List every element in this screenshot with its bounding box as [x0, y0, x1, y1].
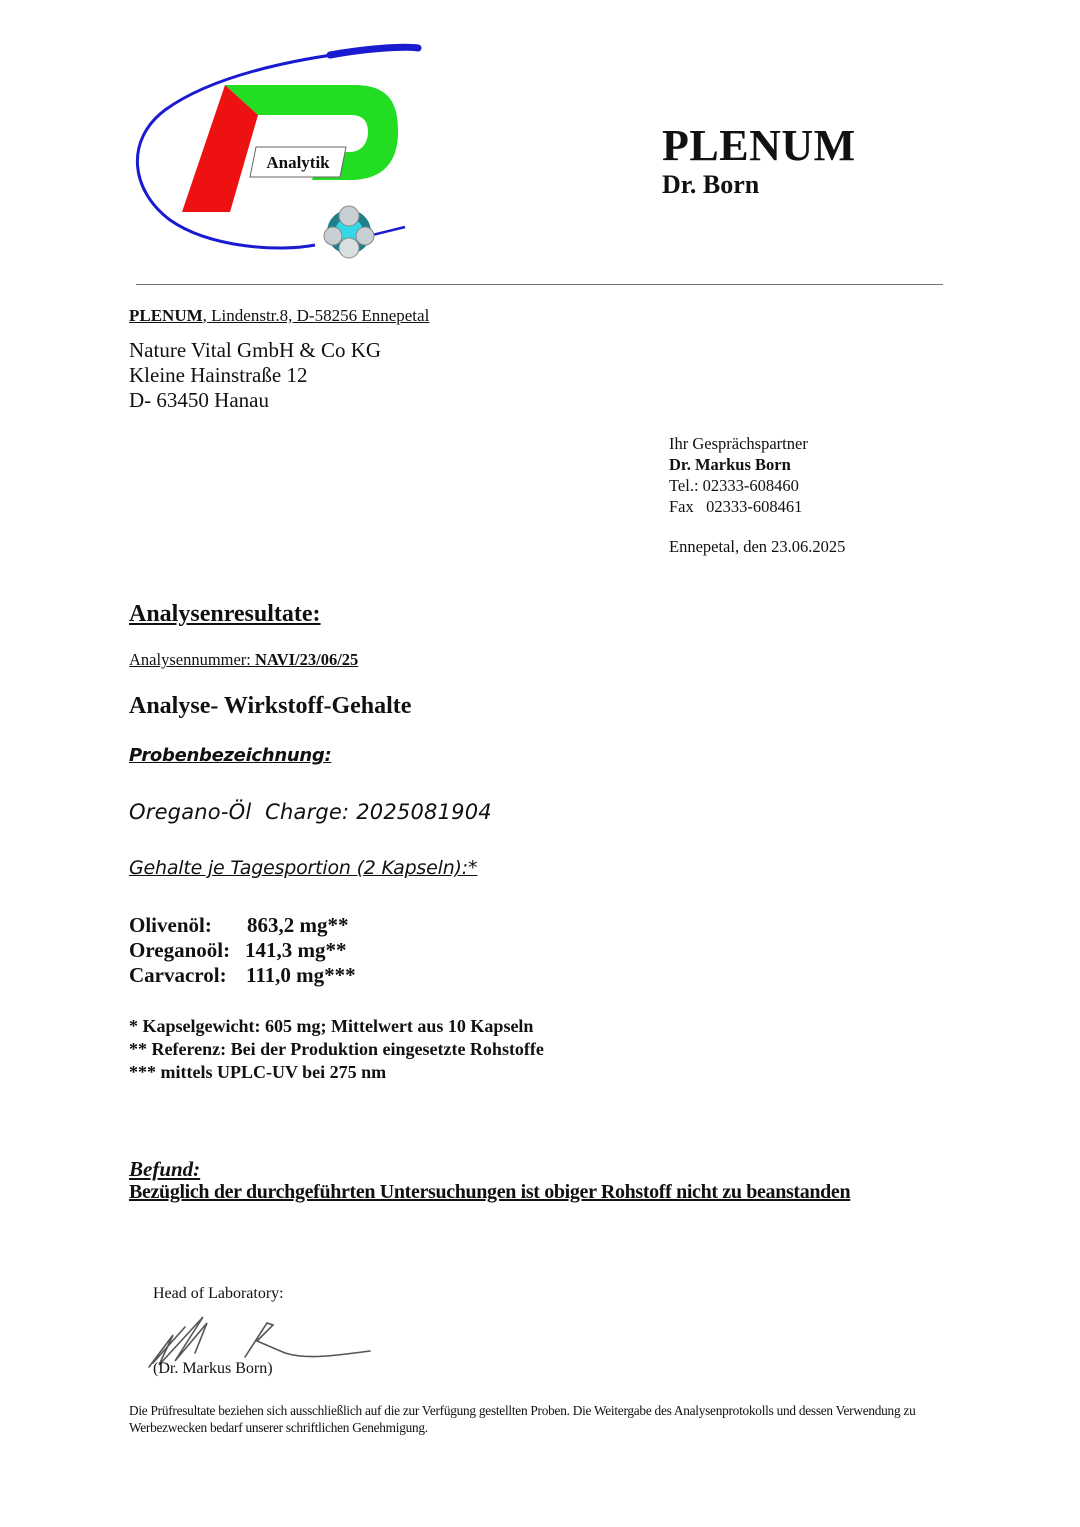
sender-company: PLENUM	[129, 306, 203, 325]
analysis-subheading: Analyse- Wirkstoff-Gehalte	[129, 693, 411, 720]
analysis-number-value: NAVI/23/06/25	[255, 650, 358, 669]
recipient-company: Nature Vital GmbH & Co KG	[129, 338, 381, 363]
analysis-number-label: Analysennummer:	[129, 650, 255, 669]
content-row: Olivenöl: 863,2 mg**	[129, 913, 356, 938]
fax-label: Fax	[669, 497, 694, 516]
sender-street: , Lindenstr.8, D-58256 Ennepetal	[203, 306, 430, 325]
plenum-analytik-logo: Analytik	[130, 40, 430, 265]
contact-phone: Tel.: 02333-608460	[669, 475, 808, 496]
content-row: Oreganoöl: 141,3 mg**	[129, 938, 356, 963]
content-name: Carvacrol:	[129, 963, 245, 988]
analysis-number: Analysennummer: NAVI/23/06/25	[129, 650, 358, 670]
signature-name: (Dr. Markus Born)	[153, 1360, 273, 1378]
sample-label: Probenbezeichnung:	[129, 745, 331, 766]
content-row: Carvacrol: 111,0 mg***	[129, 963, 356, 988]
finding-text: Bezüglich der durchgeführten Untersuchun…	[129, 1181, 850, 1204]
letter-date: Ennepetal, den 23.06.2025	[669, 537, 845, 557]
logo-text: Analytik	[266, 153, 330, 172]
sample-value: Oregano-Öl Charge: 2025081904	[129, 800, 492, 824]
results-heading: Analysenresultate:	[129, 601, 321, 628]
recipient-street: Kleine Hainstraße 12	[129, 363, 381, 388]
signature-title: Head of Laboratory:	[153, 1285, 284, 1303]
disclaimer: Die Prüfresultate beziehen sich ausschli…	[129, 1402, 949, 1436]
content-name: Olivenöl:	[129, 913, 245, 938]
header-divider	[136, 284, 943, 285]
contents-list: Olivenöl: 863,2 mg** Oreganoöl: 141,3 mg…	[129, 913, 356, 988]
contact-block: Ihr Gesprächspartner Dr. Markus Born Tel…	[669, 433, 808, 517]
contact-label: Ihr Gesprächspartner	[669, 433, 808, 454]
sender-address: PLENUM, Lindenstr.8, D-58256 Ennepetal	[129, 306, 429, 326]
footnote: * Kapselgewicht: 605 mg; Mittelwert aus …	[129, 1015, 544, 1038]
recipient-address: Nature Vital GmbH & Co KG Kleine Hainstr…	[129, 338, 381, 413]
footnote: *** mittels UPLC-UV bei 275 nm	[129, 1061, 544, 1084]
portion-label: Gehalte je Tagesportion (2 Kapseln):*	[129, 857, 477, 879]
footnotes: * Kapselgewicht: 605 mg; Mittelwert aus …	[129, 1015, 544, 1084]
brand-name: PLENUM	[662, 120, 856, 171]
recipient-city: D- 63450 Hanau	[129, 388, 381, 413]
footnote: ** Referenz: Bei der Produktion eingeset…	[129, 1038, 544, 1061]
fax-number: 02333-608461	[706, 497, 802, 516]
content-value: 141,3 mg**	[245, 938, 347, 963]
contact-name: Dr. Markus Born	[669, 454, 808, 475]
finding-label: Befund:	[129, 1157, 200, 1182]
content-name: Oreganoöl:	[129, 938, 245, 963]
content-value: 111,0 mg***	[246, 963, 356, 988]
content-value: 863,2 mg**	[247, 913, 349, 938]
contact-fax: Fax 02333-608461	[669, 496, 808, 517]
brand-subtitle: Dr. Born	[662, 170, 759, 200]
